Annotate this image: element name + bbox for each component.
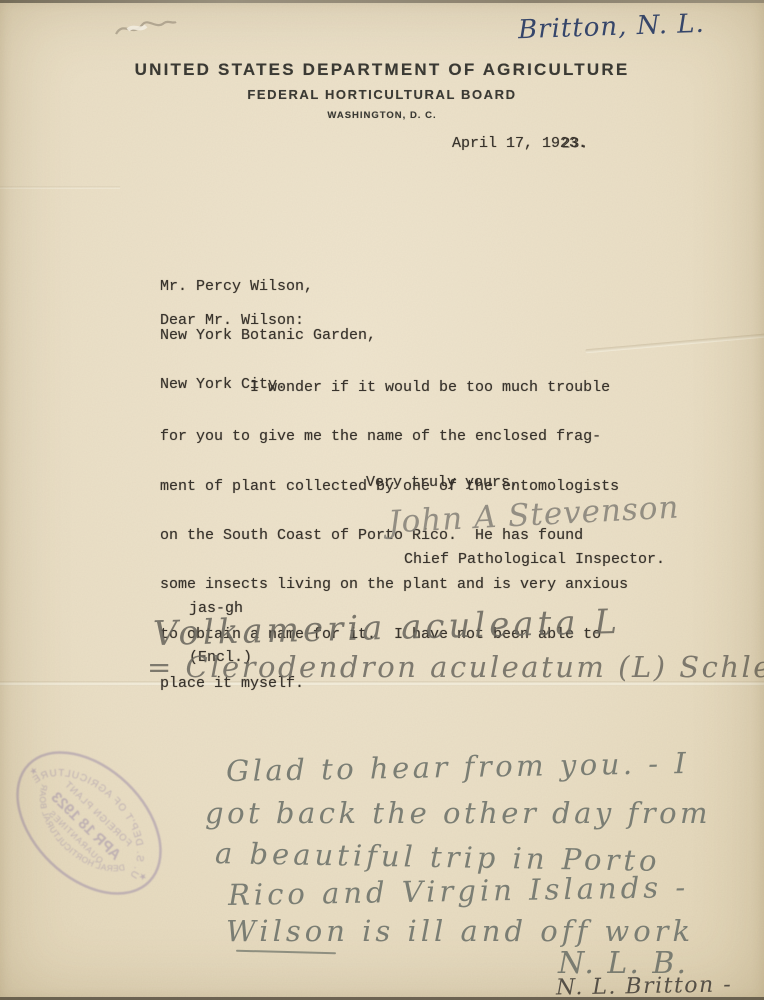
body-line: I wonder if it would be too much trouble <box>160 380 628 396</box>
date-text: April 17, 19 <box>452 135 560 152</box>
body-line: for you to give me the name of the enclo… <box>160 429 628 445</box>
note-attribution: N. L. Britton - <box>556 972 733 1000</box>
date-overstruck-digits: 23. <box>560 135 587 152</box>
closing: Very truly yours, <box>366 474 519 491</box>
paper-crease <box>0 186 120 189</box>
letterhead-agency: UNITED STATES DEPARTMENT OF AGRICULTURE <box>0 60 764 80</box>
recipient-org: New York Botanic Garden, <box>160 328 376 344</box>
letterhead-city: WASHINGTON, D. C. <box>0 110 764 121</box>
letterhead-board: FEDERAL HORTICULTURAL BOARD <box>0 87 764 102</box>
scan-edge-top <box>0 0 764 3</box>
scanned-letter-page: Britton, N. L. UNITED STATES DEPARTMENT … <box>0 0 764 1000</box>
bottom-note-line: got back the other day from <box>205 796 711 830</box>
letterhead: UNITED STATES DEPARTMENT OF AGRICULTURE … <box>0 60 764 121</box>
bottom-note-line: Wilson is ill and off work <box>226 914 694 948</box>
signer-title: Chief Pathological Inspector. <box>404 551 665 568</box>
pencil-scribble <box>110 12 180 48</box>
bottom-note-line: Rico and Virgin Islands - <box>228 870 690 912</box>
botanical-annotation-line2: = Clerodendron aculeatum (L) Schlecht <box>147 650 764 684</box>
recipient-name: Mr. Percy Wilson, <box>160 279 376 295</box>
owner-annotation: Britton, N. L. <box>518 9 706 46</box>
salutation: Dear Mr. Wilson: <box>160 312 304 329</box>
quarantine-date-stamp-mirrored: U. S. DEP'T OF AGRICULTURE FEDERAL HORTI… <box>0 734 178 912</box>
date-line: April 17, 1923. <box>452 135 587 152</box>
wilson-underline-mark <box>236 950 336 955</box>
bottom-note-line: Glad to hear from you. - I <box>226 746 690 788</box>
